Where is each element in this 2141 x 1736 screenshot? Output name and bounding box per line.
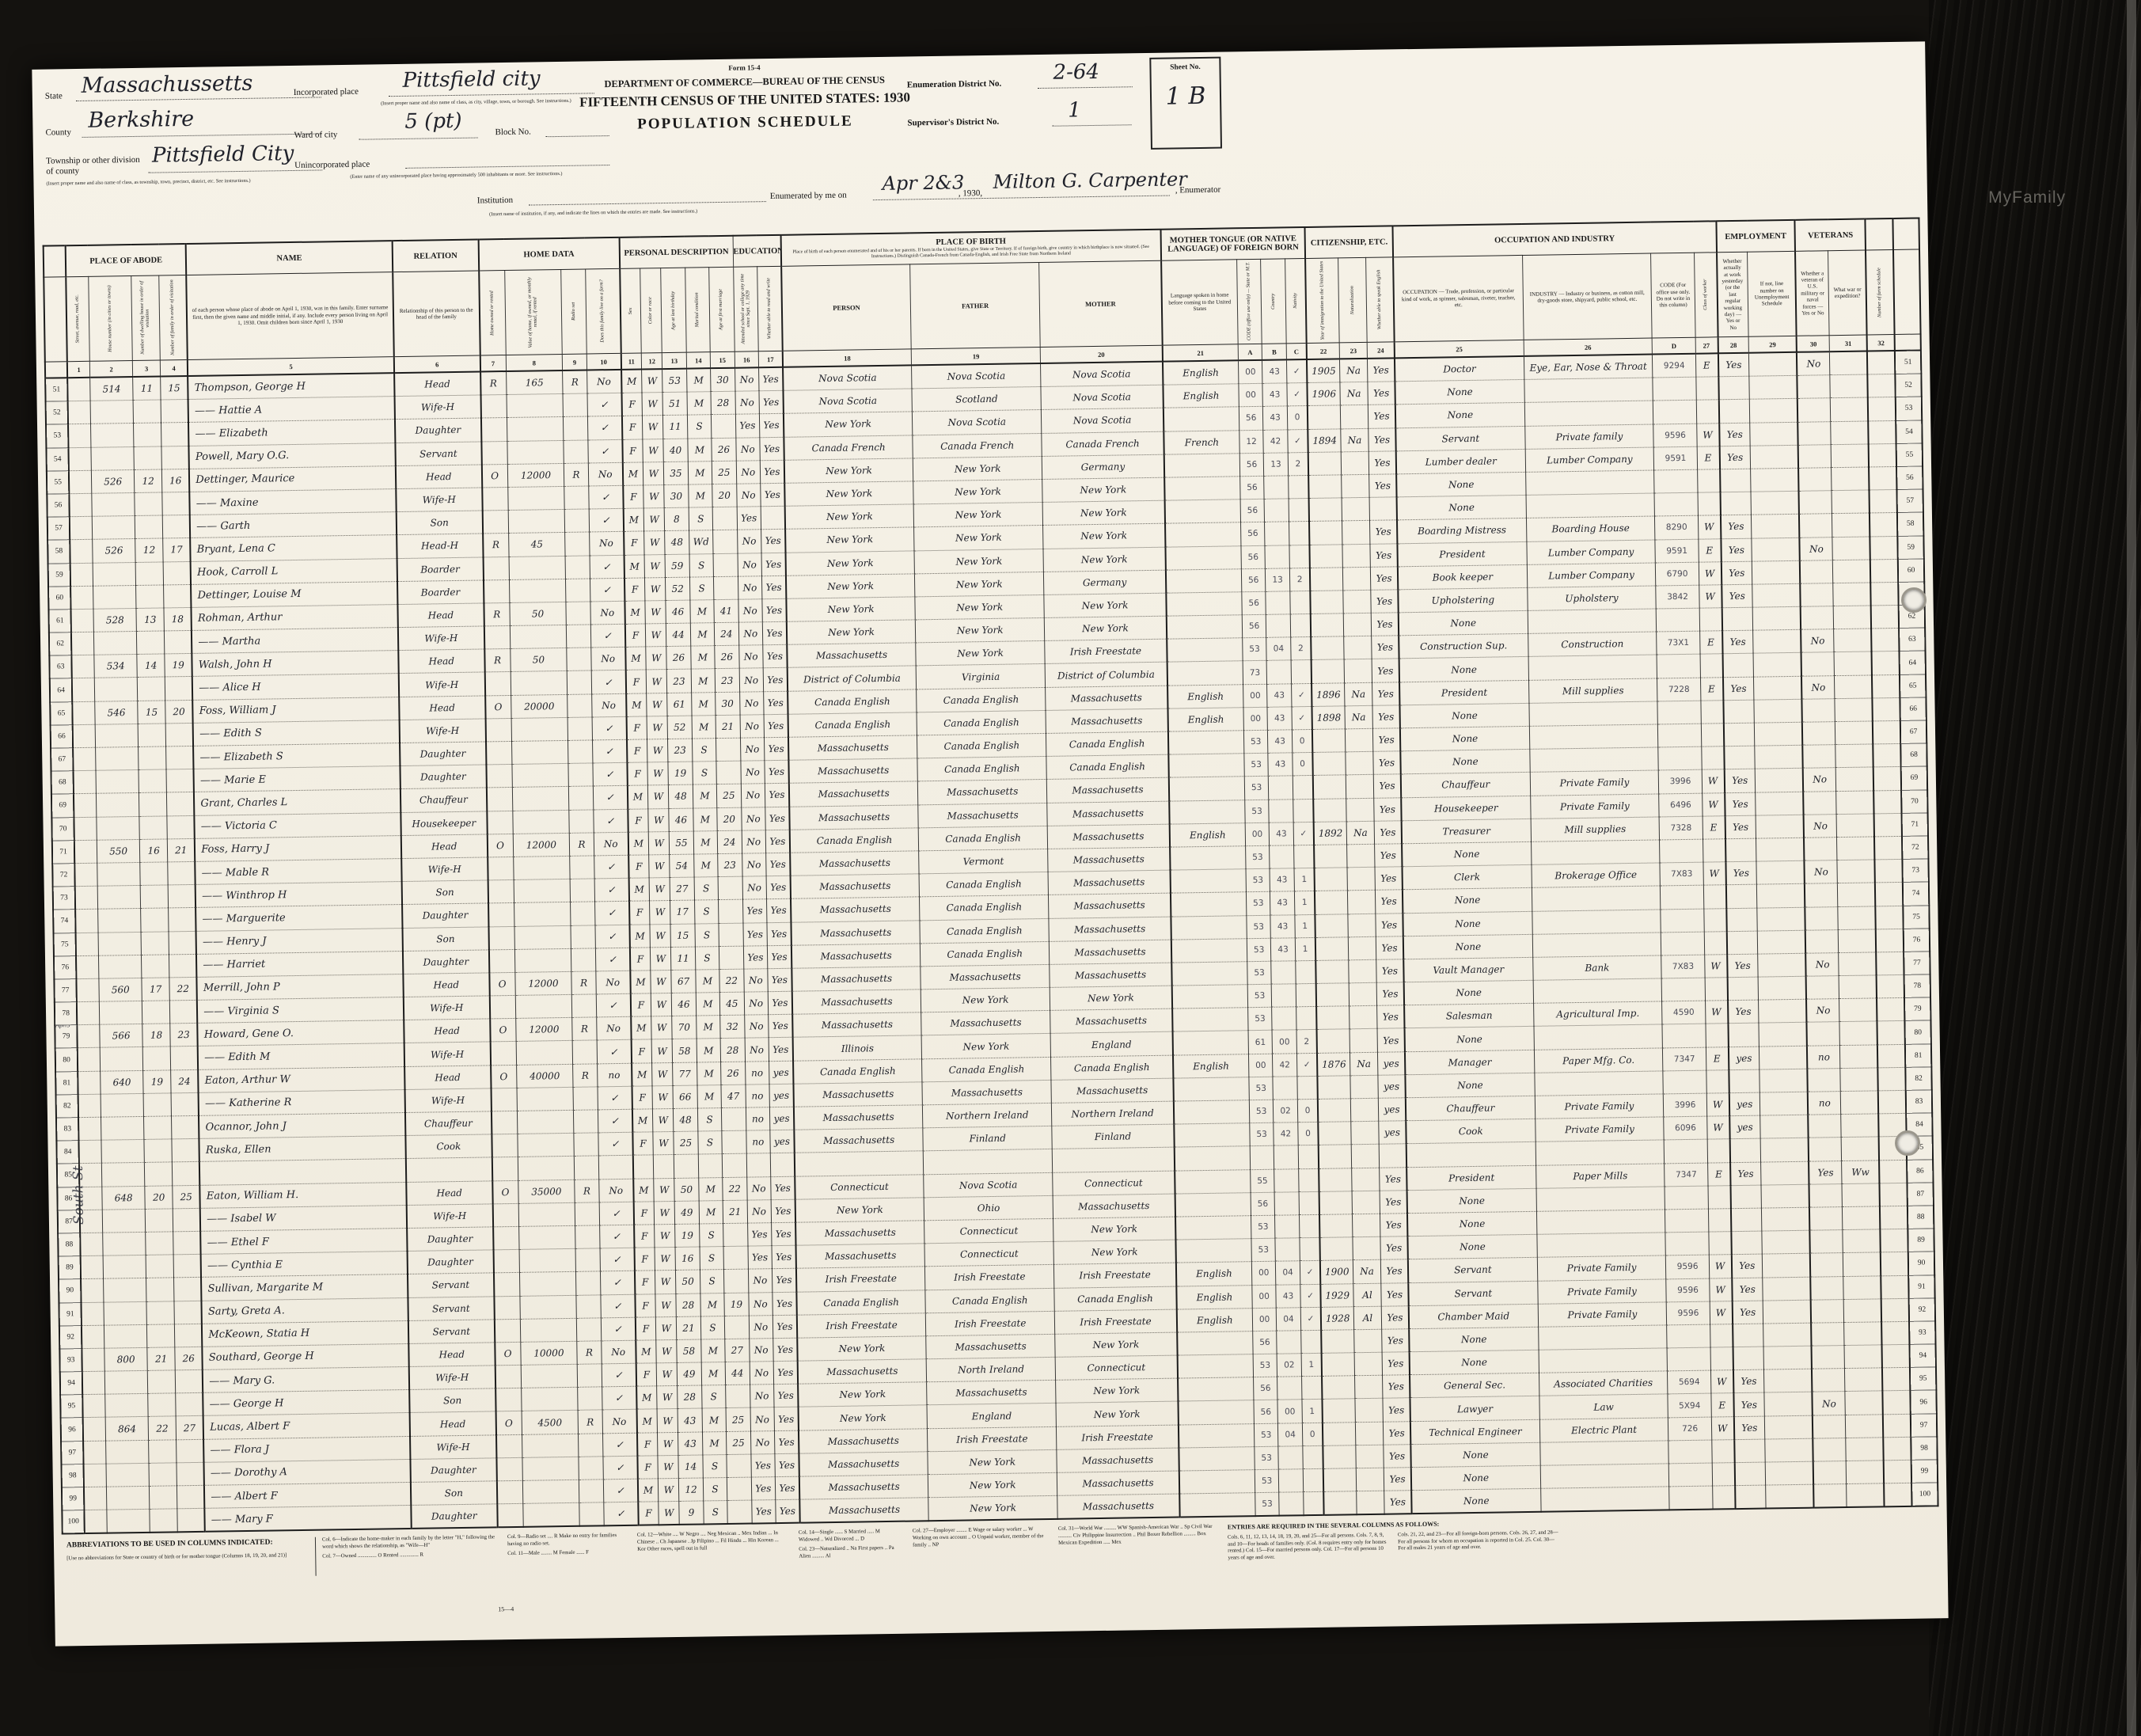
cell-family	[170, 1047, 198, 1070]
cell-immigration	[1315, 914, 1349, 937]
cell-farm_sched	[1876, 929, 1904, 952]
cell-code_c: 0	[1287, 406, 1308, 430]
cell-line_r: 64	[1900, 651, 1926, 674]
cell-owned	[482, 487, 508, 511]
column-header: If not, line number on Unemployment Sche…	[1748, 251, 1797, 336]
cell-class	[1712, 1486, 1735, 1510]
cell-house	[103, 1232, 146, 1255]
cell-code_a: 56	[1240, 522, 1265, 546]
cell-sex: M	[628, 785, 648, 809]
cell-code_b: 43	[1262, 383, 1287, 407]
cell-code_c	[1290, 614, 1312, 638]
sheet-label: Sheet No.	[1151, 63, 1219, 72]
cell-school: No	[744, 1015, 769, 1039]
cell-farm: ✓	[602, 1433, 637, 1457]
cell-owned	[485, 718, 511, 742]
cell-unemployment	[1764, 1415, 1813, 1439]
cell-owned	[489, 995, 515, 1019]
cell-birth_father: Irish Freestate	[926, 1311, 1055, 1336]
cell-code_a: 53	[1247, 938, 1271, 962]
cell-school: Yes	[751, 1500, 776, 1524]
cell-owned: O	[492, 1180, 518, 1204]
cell-line_l: 88	[58, 1233, 81, 1257]
column-header: Whether actually at work yesterday (or t…	[1717, 252, 1749, 337]
cell-color: W	[644, 531, 665, 555]
cell-street	[82, 1348, 105, 1372]
cell-code_b	[1271, 961, 1296, 985]
column-number: 26	[1524, 338, 1653, 356]
cell-english: Yes	[1384, 1445, 1411, 1468]
cell-farm_sched	[1882, 1321, 1910, 1345]
cell-veteran	[1801, 606, 1834, 630]
cell-value	[521, 1364, 578, 1388]
cell-line_r: 91	[1908, 1274, 1934, 1298]
cell-marital: M	[688, 484, 712, 508]
cell-age: 30	[664, 484, 689, 508]
cell-owned	[484, 626, 510, 650]
cell-radio	[569, 786, 594, 810]
cell-code_c: ✓	[1300, 1284, 1322, 1308]
cell-owned: O	[481, 464, 507, 488]
cell-radio	[577, 1318, 602, 1342]
cell-dwelling	[150, 1486, 177, 1510]
cell-age_married: 27	[725, 1339, 750, 1362]
cell-value: 20000	[511, 694, 568, 718]
cell-language: English	[1176, 1262, 1252, 1286]
cell-birth_mother: Massachusetts	[1049, 893, 1171, 917]
cell-worked	[1731, 1231, 1763, 1255]
cell-relation: Daughter	[407, 1227, 493, 1252]
cell-unemployment	[1748, 352, 1797, 377]
cell-code_c	[1296, 983, 1317, 1007]
cell-age_married: 25	[726, 1408, 750, 1432]
cell-unemployment	[1750, 422, 1798, 446]
cell-marital: M	[692, 715, 716, 739]
cell-marital: M	[697, 1062, 721, 1085]
cell-unemployment	[1758, 953, 1806, 977]
cell-occupation: Upholstering	[1398, 587, 1527, 613]
cell-industry	[1534, 1024, 1663, 1050]
cell-value: 40000	[516, 1064, 573, 1088]
cell-code_a: 53	[1255, 1446, 1279, 1470]
cell-farm: ✓	[595, 925, 630, 948]
cell-relation: Head-H	[397, 534, 483, 558]
cell-family: 18	[164, 607, 192, 631]
cell-age_married: 28	[720, 1039, 745, 1062]
cell-marital: M	[687, 392, 712, 416]
cell-code_c: ✓	[1287, 383, 1308, 407]
cell-relation: Housekeeper	[400, 811, 487, 835]
cell-birth_mother: Canada English	[1054, 1286, 1177, 1311]
cell-line_l: 94	[60, 1372, 83, 1396]
cell-read_write: Yes	[762, 598, 787, 622]
column-group: MOTHER TONGUE (OR NATIVE LANGUAGE) OF FO…	[1160, 227, 1305, 260]
cell-immigration	[1314, 845, 1347, 868]
cell-line_r: 80	[1905, 1020, 1931, 1044]
cell-line_r: 54	[1896, 420, 1922, 444]
cell-worked	[1733, 1324, 1764, 1347]
cell-code_b: 42	[1263, 429, 1288, 453]
cell-family	[166, 769, 194, 793]
cell-sex: F	[627, 762, 647, 786]
cell-family	[165, 723, 193, 746]
cell-relation	[406, 1157, 492, 1182]
cell-farm_sched	[1877, 974, 1904, 998]
cell-worked: Yes	[1719, 446, 1751, 469]
cell-age: 46	[666, 600, 690, 624]
cell-english: Yes	[1370, 567, 1398, 591]
cell-code_b	[1274, 1192, 1299, 1216]
cell-line_r: 86	[1907, 1159, 1933, 1183]
cell-immigration	[1323, 1399, 1356, 1423]
cell-dwelling: 21	[147, 1347, 175, 1371]
cell-age: 48	[674, 1108, 698, 1132]
cell-read_write: Yes	[775, 1476, 799, 1500]
cell-age: 51	[662, 392, 687, 416]
cell-relation: Chauffeur	[400, 788, 487, 812]
cell-relation: Son	[402, 880, 488, 905]
cell-code_d	[1657, 608, 1700, 632]
cell-dwelling	[142, 955, 169, 978]
column-header: Sex	[620, 268, 642, 353]
cell-relation: Wife-H	[400, 719, 486, 743]
cell-worked: Yes	[1728, 1000, 1759, 1024]
cell-street	[68, 401, 91, 424]
cell-occupation: Treasurer	[1402, 819, 1531, 844]
cell-worked: Yes	[1730, 1162, 1762, 1186]
cell-farm: ✓	[594, 902, 629, 925]
cell-code_d	[1665, 1209, 1709, 1233]
cell-worked	[1720, 469, 1752, 492]
cell-color: W	[655, 1271, 676, 1294]
cell-line_l: 62	[49, 632, 72, 656]
cell-farm_sched	[1875, 883, 1903, 906]
cell-farm_sched	[1878, 1067, 1906, 1091]
cell-industry: Private Family	[1537, 1278, 1666, 1304]
cell-relation: Head	[406, 1180, 492, 1205]
cell-birth_father: New York	[914, 549, 1043, 574]
cell-line_r: 100	[1911, 1483, 1938, 1506]
cell-school: No	[742, 876, 767, 900]
cell-code_a: 53	[1255, 1469, 1279, 1493]
cell-code_c: ✓	[1288, 429, 1309, 453]
cell-code_b: 43	[1263, 406, 1288, 430]
cell-code_c	[1291, 660, 1312, 684]
cell-value: 50	[510, 602, 567, 625]
cell-dwelling	[138, 677, 165, 701]
cell-relation: Head	[399, 696, 485, 720]
cell-value	[512, 810, 569, 834]
cell-name	[199, 1159, 406, 1185]
cell-immigration: 1906	[1308, 382, 1341, 406]
cell-name: Eaton, William H.	[200, 1182, 407, 1208]
cell-family	[169, 908, 196, 932]
cell-english: Yes	[1374, 821, 1402, 845]
cell-occupation: None	[1403, 911, 1532, 936]
cell-street	[81, 1255, 104, 1279]
cell-immigration	[1319, 1168, 1352, 1191]
cell-code_b: 42	[1274, 1123, 1298, 1146]
cell-farm_sched	[1873, 697, 1900, 721]
cell-family: 22	[169, 977, 197, 1001]
cell-occupation: Servant	[1408, 1258, 1537, 1283]
cell-line_r: 66	[1900, 697, 1927, 721]
cell-owned	[492, 1157, 518, 1181]
cell-farm: ✓	[602, 1386, 636, 1410]
cell-owned: O	[490, 1019, 516, 1043]
cell-line_l: 61	[48, 610, 71, 633]
cell-farm: ✓	[592, 739, 627, 763]
cell-sex: F	[624, 531, 644, 555]
cell-code_d	[1667, 1347, 1710, 1371]
cell-farm_sched	[1884, 1460, 1911, 1483]
cell-sex: F	[627, 739, 647, 763]
cell-birth_father: New York	[921, 987, 1050, 1012]
cell-code_d: 3996	[1659, 770, 1703, 794]
cell-war	[1845, 1391, 1883, 1415]
cell-read_write: Yes	[772, 1245, 796, 1269]
cell-veteran	[1811, 1299, 1844, 1323]
cell-worked: Yes	[1721, 561, 1752, 585]
cell-street	[69, 447, 92, 471]
cell-school: No	[736, 461, 761, 484]
cell-radio	[576, 1271, 601, 1295]
cell-radio	[571, 948, 596, 972]
cell-birth_person: New York	[787, 620, 916, 645]
cell-naturalization	[1341, 451, 1368, 475]
cell-worked: Yes	[1725, 861, 1757, 885]
cell-school	[746, 1153, 771, 1177]
cell-house: 800	[104, 1347, 148, 1371]
column-number: D	[1653, 337, 1696, 354]
cell-immigration: 1898	[1312, 706, 1346, 730]
cell-industry	[1528, 701, 1657, 727]
cell-class	[1712, 1463, 1735, 1487]
cell-name: —— George H	[203, 1390, 409, 1416]
column-header: Naturalization	[1338, 257, 1367, 343]
cell-family	[165, 677, 192, 701]
cell-occupation: President	[1399, 680, 1528, 705]
cell-color: W	[649, 854, 670, 878]
cell-code_c: ✓	[1291, 683, 1312, 707]
cell-industry	[1536, 1233, 1665, 1258]
sd-value: 1	[1068, 98, 1081, 122]
cell-veteran	[1801, 583, 1834, 607]
cell-school: Yes	[751, 1477, 776, 1501]
cell-sex: F	[631, 1039, 651, 1063]
cell-language	[1172, 985, 1248, 1009]
footnote-col6: Col. 6—Indicate the home-maker in each f…	[322, 1535, 496, 1552]
cell-farm	[598, 1156, 633, 1179]
cell-owned	[492, 1134, 518, 1158]
cell-code_d: 9596	[1666, 1278, 1710, 1302]
cell-language	[1175, 1169, 1251, 1194]
cell-worked	[1734, 1439, 1766, 1463]
cell-birth_person: Massachusetts	[794, 1105, 923, 1130]
cell-class: E	[1703, 815, 1725, 839]
cell-owned	[494, 1319, 520, 1343]
cell-class: W	[1710, 1370, 1733, 1394]
cell-class: E	[1700, 677, 1723, 701]
cell-veteran	[1804, 838, 1837, 861]
cell-color: W	[659, 1478, 679, 1502]
cell-unemployment	[1749, 375, 1797, 399]
cell-naturalization	[1346, 775, 1373, 799]
cell-family	[171, 1092, 199, 1116]
cell-code_a: 00	[1252, 1285, 1277, 1309]
cell-code_a: 56	[1253, 1331, 1277, 1354]
cell-age_married: 25	[727, 1431, 751, 1455]
cell-industry	[1525, 470, 1654, 496]
cell-code_d: 73X1	[1657, 631, 1700, 655]
cell-birth_person	[795, 1151, 924, 1176]
cell-naturalization	[1355, 1375, 1383, 1399]
cell-family	[161, 400, 188, 424]
cell-naturalization	[1353, 1236, 1380, 1260]
cell-unemployment	[1759, 1069, 1808, 1092]
cell-age: 46	[669, 808, 693, 832]
cell-color: W	[656, 1339, 677, 1363]
cell-birth_father: Nova Scotia	[912, 363, 1041, 389]
cell-birth_mother: Massachusetts	[1047, 824, 1170, 849]
cell-line_r: 79	[1904, 997, 1930, 1021]
cell-line_r: 75	[1903, 905, 1929, 929]
column-number: 2	[89, 361, 133, 378]
cell-code_a: 53	[1246, 845, 1270, 869]
cell-occupation: None	[1408, 1234, 1537, 1259]
cell-name: —— Victoria C	[195, 812, 401, 838]
cell-house	[92, 492, 135, 516]
cell-dwelling	[144, 1116, 172, 1140]
cell-sex: F	[635, 1293, 655, 1317]
cell-school: No	[745, 1038, 769, 1062]
cell-birth_father: New York	[913, 503, 1042, 528]
cell-street	[70, 540, 93, 564]
cell-code_d: 3996	[1664, 1093, 1707, 1117]
cell-industry	[1536, 1140, 1665, 1165]
cell-farm_sched	[1881, 1229, 1908, 1252]
cell-naturalization	[1355, 1399, 1383, 1423]
cell-marital: S	[698, 1131, 723, 1155]
cell-color: W	[646, 647, 666, 670]
cell-marital: S	[694, 877, 719, 901]
cell-birth_mother: Irish Freestate	[1054, 1309, 1177, 1334]
cell-dwelling	[137, 631, 165, 655]
cell-code_d	[1653, 377, 1696, 401]
cell-farm: ✓	[593, 786, 628, 810]
cell-immigration	[1323, 1422, 1356, 1445]
cell-worked	[1734, 1462, 1766, 1486]
cell-occupation: Construction Sup.	[1399, 634, 1528, 659]
cell-farm: ✓	[595, 948, 630, 971]
cell-unemployment	[1759, 999, 1807, 1023]
cell-family	[173, 1231, 201, 1255]
cell-code_c: 0	[1297, 1099, 1319, 1123]
cell-naturalization: Na	[1345, 705, 1372, 729]
cell-age_married: 26	[715, 645, 739, 669]
cell-age_married: 21	[716, 715, 740, 739]
cell-age: 67	[671, 970, 696, 993]
cell-age_married: 47	[721, 1085, 746, 1108]
cell-unemployment	[1753, 653, 1801, 677]
cell-unemployment	[1755, 769, 1803, 792]
cell-farm_sched	[1877, 998, 1904, 1022]
cell-sex: F	[629, 901, 650, 925]
cell-code_d: 9596	[1653, 424, 1697, 447]
cell-birth_mother: Canada English	[1046, 731, 1169, 756]
cell-language	[1170, 846, 1246, 871]
cell-birth_person: New York	[785, 527, 914, 553]
unincorporated-note: (Enter name of any unincorporated place …	[350, 171, 562, 180]
cell-color: W	[651, 1016, 672, 1040]
cell-family: 15	[161, 376, 188, 400]
cell-sex: F	[634, 1248, 655, 1271]
cell-occupation: Chamber Maid	[1409, 1304, 1538, 1329]
cell-relation: Wife-H	[404, 996, 490, 1020]
form-footnote: 15—4	[498, 1605, 514, 1613]
cell-school: No	[746, 1176, 771, 1200]
cell-name: Powell, Mary O.G.	[189, 443, 396, 469]
cell-worked: Yes	[1721, 538, 1752, 562]
cell-name: —— Alice H	[192, 674, 399, 700]
cell-unemployment	[1763, 1277, 1811, 1301]
cell-english: Yes	[1383, 1398, 1410, 1422]
cell-dwelling	[148, 1393, 176, 1417]
column-header: Does this family live on a farm?	[585, 268, 621, 354]
cell-code_b	[1266, 614, 1291, 638]
cell-house	[107, 1510, 150, 1533]
cell-read_write: Yes	[764, 737, 788, 761]
cell-read_write: Yes	[771, 1199, 795, 1223]
cell-code_d	[1667, 1324, 1710, 1348]
cell-sex: F	[632, 1132, 653, 1156]
cell-code_b: 43	[1262, 359, 1287, 383]
cell-class	[1708, 1185, 1731, 1209]
cell-veteran	[1803, 745, 1836, 769]
cell-school: No	[750, 1407, 775, 1431]
cell-dwelling	[139, 746, 166, 770]
cell-birth_father: Finland	[923, 1126, 1052, 1152]
cell-owned	[488, 926, 514, 950]
cell-radio	[579, 1480, 604, 1503]
cell-farm: ✓	[588, 439, 623, 463]
cell-color: W	[659, 1502, 680, 1525]
cell-industry: Private Family	[1535, 1094, 1664, 1119]
cell-class	[1709, 1232, 1732, 1255]
cell-color: W	[651, 970, 671, 993]
cell-unemployment	[1753, 630, 1801, 654]
cell-worked	[1727, 977, 1759, 1001]
column-number: 8	[506, 354, 563, 371]
cell-unemployment	[1756, 792, 1804, 815]
cell-birth_person: New York	[795, 1198, 924, 1223]
cell-birth_father: Nova Scotia	[913, 410, 1042, 435]
cell-war	[1831, 444, 1869, 468]
cell-family	[162, 492, 190, 515]
cell-industry	[1528, 655, 1657, 680]
cell-name: —— Albert F	[204, 1482, 411, 1508]
cell-name: —— Isabel W	[200, 1205, 407, 1231]
cell-sex: M	[631, 1016, 651, 1040]
cell-sex: M	[621, 369, 643, 393]
cell-dwelling	[148, 1370, 176, 1394]
cell-code_d	[1662, 1024, 1706, 1048]
cell-school: No	[738, 622, 763, 646]
enumerated-line	[873, 196, 1170, 201]
cell-age: 50	[676, 1270, 700, 1293]
cell-unemployment	[1756, 838, 1805, 861]
cell-class	[1710, 1347, 1733, 1371]
